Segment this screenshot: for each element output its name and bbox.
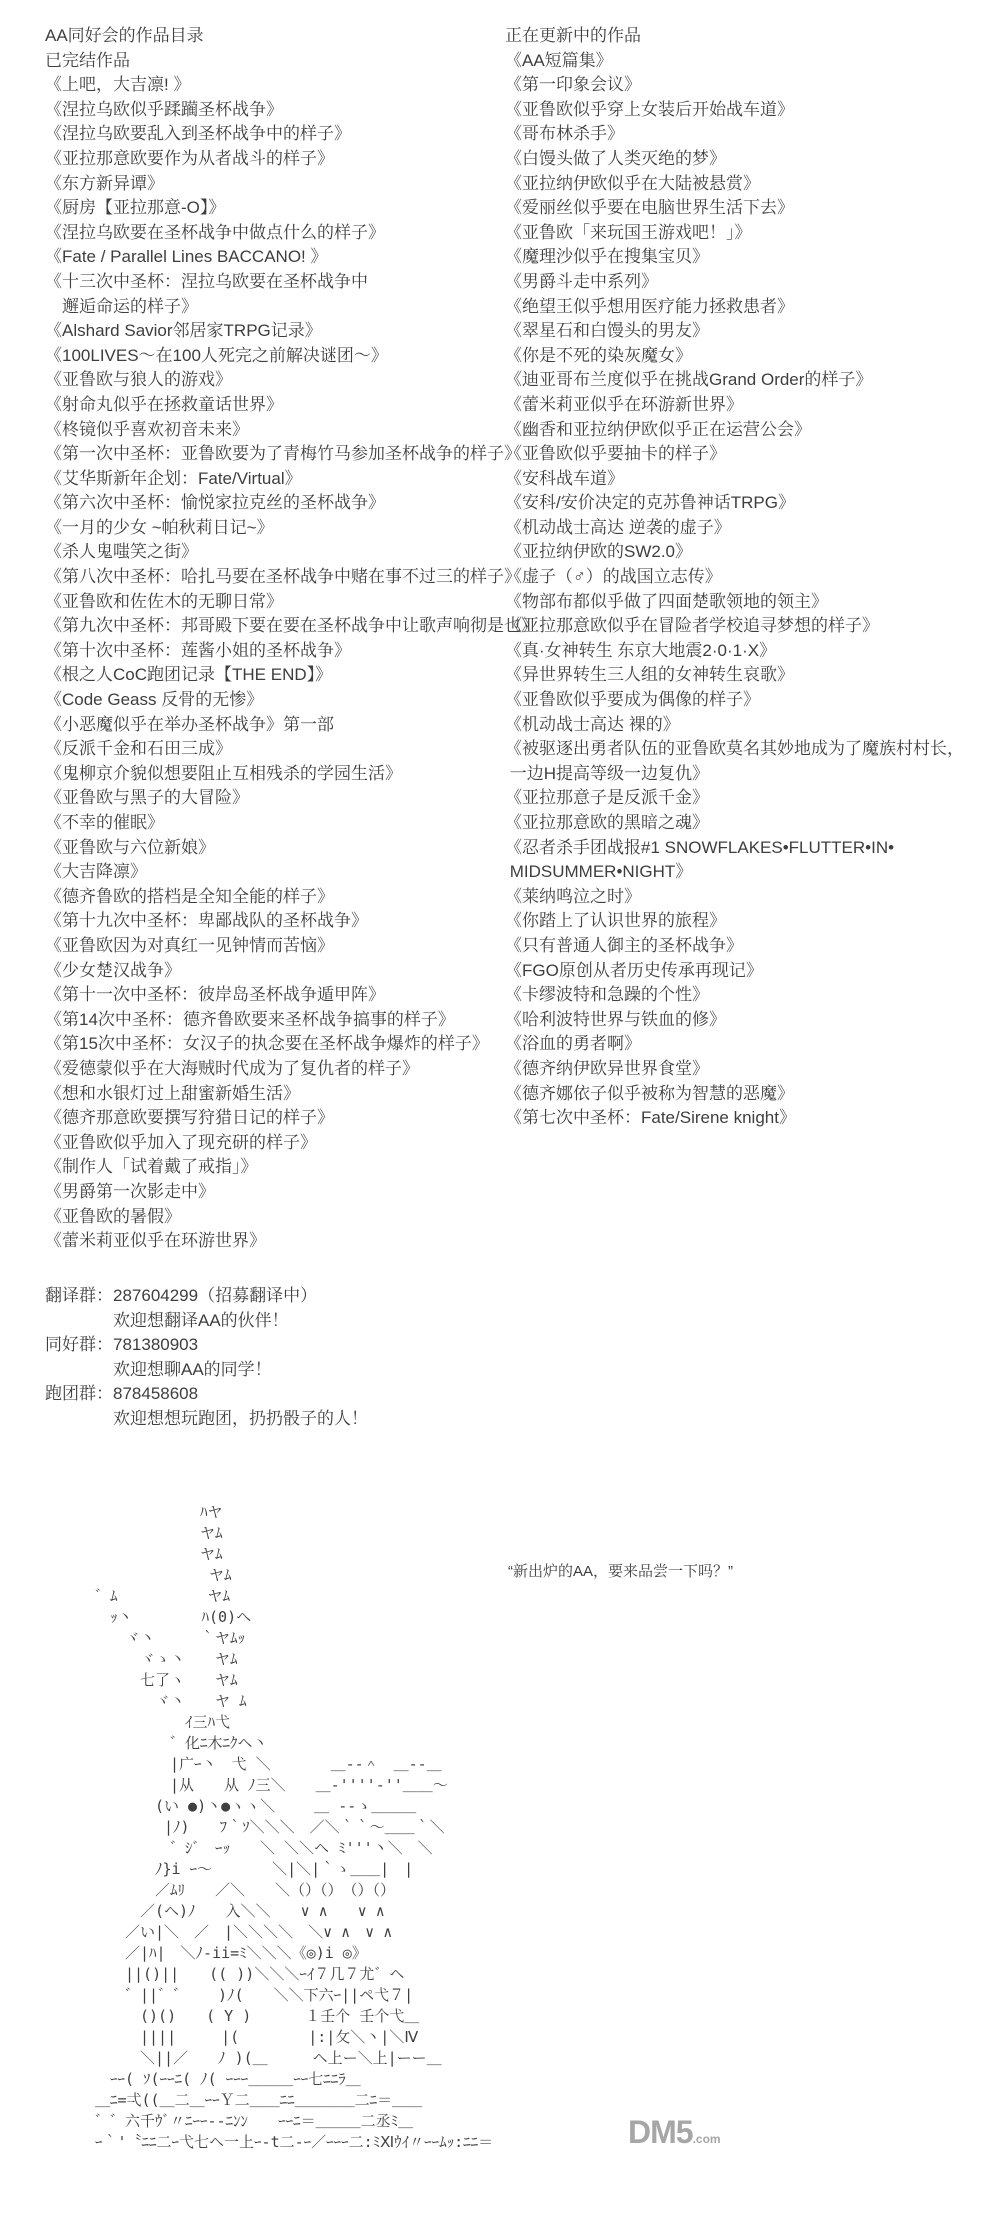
work-title: 《亚拉那意欧似乎在冒险者学校追寻梦想的样子》 — [505, 614, 985, 639]
work-title: 《亚鲁欧「来玩国王游戏吧！」》 — [505, 221, 985, 246]
aa-speech-quote: “新出炉的AA，要来品尝一下吗？” — [508, 1560, 733, 1581]
work-title: 《亚拉纳伊欧的SW2.0》 — [505, 540, 985, 565]
qq-group-line: 跑团群：878458608 — [45, 1382, 368, 1407]
work-title: 《第六次中圣杯：愉悦家拉克丝的圣杯战争》 — [45, 491, 515, 516]
work-title: 《涅拉乌欧要乱入到圣杯战争中的样子》 — [45, 122, 515, 147]
work-title: 《白馒头做了人类灭绝的梦》 — [505, 147, 985, 172]
work-title: 《第14次中圣杯：德齐鲁欧要来圣杯战争搞事的样子》 — [45, 1008, 515, 1033]
work-title: 《真·女神转生 东京大地震2·0·1·X》 — [505, 639, 985, 664]
completed-works-column: AA同好会的作品目录 已完结作品 《上吧，大吉凛! 》 《涅拉乌欧似乎蹂躏圣杯战… — [45, 24, 515, 1254]
work-title: 《亚拉那意欧的黑暗之魂》 — [505, 811, 985, 836]
work-title: 《亚拉那意欧要作为从者战斗的样子》 — [45, 147, 515, 172]
work-title: 《蕾米莉亚似乎在环游新世界》 — [505, 393, 985, 418]
qq-group-entry: 同好群：781380903 欢迎想聊AA的同学！ — [45, 1333, 368, 1382]
work-title: 《德齐纳伊欧异世界食堂》 — [505, 1057, 985, 1082]
work-title: 《鬼柳京介貌似想要阻止互相残杀的学园生活》 — [45, 762, 515, 787]
work-title: 《只有普通人御主的圣杯战争》 — [505, 934, 985, 959]
work-title: 《哈利波特世界与铁血的修》 — [505, 1008, 985, 1033]
manga-credits-page: AA同好会的作品目录 已完结作品 《上吧，大吉凛! 》 《涅拉乌欧似乎蹂躏圣杯战… — [0, 0, 1000, 2231]
work-title: 《迪亚哥布兰度似乎在挑战Grand Order的样子》 — [505, 368, 985, 393]
work-title: 《男爵斗走中系列》 — [505, 270, 985, 295]
ongoing-works-title: 正在更新中的作品 — [505, 24, 985, 49]
completed-works-subtitle: 已完结作品 — [45, 49, 515, 74]
work-title: 《被驱逐出勇者队伍的亚鲁欧莫名其妙地成为了魔族村村长， — [505, 737, 985, 762]
work-title: 《AA短篇集》 — [505, 49, 985, 74]
qq-group-label: 同好群： — [45, 1335, 113, 1354]
work-title: 《大吉降凛》 — [45, 860, 515, 885]
work-title: 《东方新异谭》 — [45, 172, 515, 197]
work-title: 《第十次中圣杯：莲酱小姐的圣杯战争》 — [45, 639, 515, 664]
work-title: 《第九次中圣杯：邦哥殿下要在要在圣杯战争中让歌声响彻是也》 — [45, 614, 515, 639]
qq-group-number: 287604299（招募翻译中） — [113, 1286, 317, 1305]
ascii-art: ﾊヤ ヤﾑ ヤﾑ ヤﾑ ゛ﾑ ヤﾑ ｯ丶 ﾊ(0)ヘ ヾ丶 ｀ヤﾑｯ ヾゝ丶 ヤ… — [95, 1502, 493, 2153]
work-title: 《少女楚汉战争》 — [45, 959, 515, 984]
work-title: 《安科/安价决定的克苏鲁神话TRPG》 — [505, 491, 985, 516]
work-title: 《制作人「试着戴了戒指」》 — [45, 1155, 515, 1180]
work-title: 《异世界转生三人组的女神转生哀歌》 — [505, 663, 985, 688]
work-title: 《亚鲁欧似乎要成为偶像的样子》 — [505, 688, 985, 713]
work-title: 《哥布林杀手》 — [505, 122, 985, 147]
work-title: 《安科战车道》 — [505, 467, 985, 492]
qq-group-line: 翻译群：287604299（招募翻译中） — [45, 1284, 368, 1309]
dm5-logo-text: DM5 — [628, 2114, 693, 2150]
qq-group-note: 欢迎想翻译AA的伙伴！ — [45, 1309, 368, 1334]
work-title: 《德齐鲁欧的搭档是全知全能的样子》 — [45, 885, 515, 910]
qq-group-label: 翻译群： — [45, 1286, 113, 1305]
work-title: 《根之人CoC跑团记录【THE END】》 — [45, 663, 515, 688]
work-title: 《第八次中圣杯：哈扎马要在圣杯战争中赌在事不过三的样子》 — [45, 565, 515, 590]
work-title: 《亚鲁欧与狼人的游戏》 — [45, 368, 515, 393]
work-title: 《亚鲁欧与六位新娘》 — [45, 836, 515, 861]
work-title: 《爱德蒙似乎在大海贼时代成为了复仇者的样子》 — [45, 1057, 515, 1082]
work-title: 《亚鲁欧似乎穿上女装后开始战车道》 — [505, 98, 985, 123]
work-title: 《柊镜似乎喜欢初音未来》 — [45, 418, 515, 443]
work-title: 《小恶魔似乎在举办圣杯战争》第一部 — [45, 713, 515, 738]
work-title: 《浴血的勇者啊》 — [505, 1032, 985, 1057]
work-title: 《卡缪波特和急躁的个性》 — [505, 983, 985, 1008]
work-title: 《机动战士高达 逆袭的虚子》 — [505, 516, 985, 541]
work-title: 《你踏上了认识世界的旅程》 — [505, 909, 985, 934]
work-title: 《涅拉乌欧似乎蹂躏圣杯战争》 — [45, 98, 515, 123]
qq-groups-list: 翻译群：287604299（招募翻译中） 欢迎想翻译AA的伙伴！ 同好群：781… — [45, 1284, 368, 1432]
work-title: MIDSUMMER•NIGHT》 — [505, 860, 985, 885]
work-title: 《杀人鬼嗤笑之街》 — [45, 540, 515, 565]
qq-group-entry: 翻译群：287604299（招募翻译中） 欢迎想翻译AA的伙伴！ — [45, 1284, 368, 1333]
qq-group-note: 欢迎想想玩跑团，扔扔骰子的人！ — [45, 1407, 368, 1432]
work-title: 《一月的少女 ~帕秋莉日记~》 — [45, 516, 515, 541]
ongoing-works-list: 《AA短篇集》 《第一印象会议》 《亚鲁欧似乎穿上女装后开始战车道》 《哥布林杀… — [505, 49, 985, 1131]
work-title: 《机动战士高达 裸的》 — [505, 713, 985, 738]
work-title: 《亚鲁欧因为对真红一见钟情而苦恼》 — [45, 934, 515, 959]
work-title: 邂逅命运的样子》 — [45, 295, 515, 320]
work-title: 《亚鲁欧的暑假》 — [45, 1205, 515, 1230]
work-title: 《亚鲁欧似乎要抽卡的样子》 — [505, 442, 985, 467]
work-title: 《魔理沙似乎在搜集宝贝》 — [505, 245, 985, 270]
work-title: 《厨房【亚拉那意-O】》 — [45, 196, 515, 221]
work-title: 《射命丸似乎在拯救童话世界》 — [45, 393, 515, 418]
catalog-title: AA同好会的作品目录 — [45, 24, 515, 49]
work-title: 《翠星石和白馒头的男友》 — [505, 319, 985, 344]
dm5-logo-suffix: .com — [693, 2132, 721, 2146]
work-title: 《100LIVES～在100人死完之前解决谜团～》 — [45, 344, 515, 369]
work-title: 《涅拉乌欧要在圣杯战争中做点什么的样子》 — [45, 221, 515, 246]
work-title: 《第十一次中圣杯：彼岸岛圣杯战争遁甲阵》 — [45, 983, 515, 1008]
qq-group-number: 878458608 — [113, 1384, 198, 1403]
qq-group-line: 同好群：781380903 — [45, 1333, 368, 1358]
work-title: 《第15次中圣杯：女汉子的执念要在圣杯战争爆炸的样子》 — [45, 1032, 515, 1057]
work-title: 《FGO原创从者历史传承再现记》 — [505, 959, 985, 984]
work-title: 《亚鲁欧似乎加入了现充研的样子》 — [45, 1131, 515, 1156]
work-title: 《幽香和亚拉纳伊欧似乎正在运营公会》 — [505, 418, 985, 443]
work-title: 《亚鲁欧与黑子的大冒险》 — [45, 786, 515, 811]
work-title: 《Fate / Parallel Lines BACCANO! 》 — [45, 245, 515, 270]
work-title: 《男爵第一次影走中》 — [45, 1180, 515, 1205]
work-title: 《艾华斯新年企划：Fate/Virtual》 — [45, 467, 515, 492]
work-title: 《虚子（♂）的战国立志传》 — [505, 565, 985, 590]
work-title: 《爱丽丝似乎要在电脑世界生活下去》 — [505, 196, 985, 221]
dm5-watermark: DM5.com — [628, 2116, 721, 2148]
work-title: 《反派千金和石田三成》 — [45, 737, 515, 762]
work-title: 《忍者杀手团战报#1 SNOWFLAKES•FLUTTER•IN• — [505, 836, 985, 861]
work-title: 《第一次中圣杯：亚鲁欧要为了青梅竹马参加圣杯战争的样子》 — [45, 442, 515, 467]
work-title: 《第一印象会议》 — [505, 73, 985, 98]
work-title: 《上吧，大吉凛! 》 — [45, 73, 515, 98]
work-title: 《莱纳鸣泣之时》 — [505, 885, 985, 910]
work-title: 《亚鲁欧和佐佐木的无聊日常》 — [45, 590, 515, 615]
qq-group-number: 781380903 — [113, 1335, 198, 1354]
work-title: 《你是不死的染灰魔女》 — [505, 344, 985, 369]
qq-group-note: 欢迎想聊AA的同学！ — [45, 1358, 368, 1383]
qq-group-label: 跑团群： — [45, 1384, 113, 1403]
work-title: 《物部布都似乎做了四面楚歌领地的领主》 — [505, 590, 985, 615]
work-title: 《德齐那意欧要撰写狩猎日记的样子》 — [45, 1106, 515, 1131]
work-title: 《蕾米莉亚似乎在环游世界》 — [45, 1229, 515, 1254]
work-title: 《第十九次中圣杯：卑鄙战队的圣杯战争》 — [45, 909, 515, 934]
work-title: 《想和水银灯过上甜蜜新婚生活》 — [45, 1082, 515, 1107]
work-title: 《Code Geass 反骨的无惨》 — [45, 688, 515, 713]
qq-group-entry: 跑团群：878458608 欢迎想想玩跑团，扔扔骰子的人！ — [45, 1382, 368, 1431]
work-title: 《十三次中圣杯：涅拉乌欧要在圣杯战争中 — [45, 270, 515, 295]
work-title: 《亚拉那意子是反派千金》 — [505, 786, 985, 811]
work-title: 《第七次中圣杯：Fate/Sirene knight》 — [505, 1106, 985, 1131]
work-title: 《德齐娜依子似乎被称为智慧的恶魔》 — [505, 1082, 985, 1107]
work-title: 《绝望王似乎想用医疗能力拯救患者》 — [505, 295, 985, 320]
work-title: 《不幸的催眠》 — [45, 811, 515, 836]
completed-works-list: 《上吧，大吉凛! 》 《涅拉乌欧似乎蹂躏圣杯战争》 《涅拉乌欧要乱入到圣杯战争中… — [45, 73, 515, 1254]
work-title: 《Alshard Savior邻居家TRPG记录》 — [45, 319, 515, 344]
work-title: 一边H提高等级一边复仇》 — [505, 762, 985, 787]
qq-groups-section: 翻译群：287604299（招募翻译中） 欢迎想翻译AA的伙伴！ 同好群：781… — [45, 1284, 368, 1432]
ongoing-works-column: 正在更新中的作品 《AA短篇集》 《第一印象会议》 《亚鲁欧似乎穿上女装后开始战… — [505, 24, 985, 1131]
work-title: 《亚拉纳伊欧似乎在大陆被悬赏》 — [505, 172, 985, 197]
